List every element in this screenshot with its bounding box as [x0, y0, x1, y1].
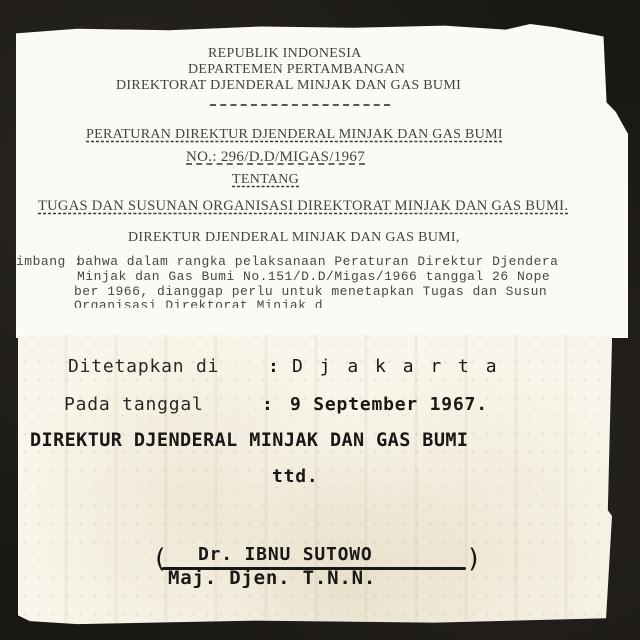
regulation-tentang: TENTANG	[232, 172, 299, 188]
signed-mark: ttd.	[272, 466, 319, 487]
considering-line-2: Minjak dan Gas Bumi No.151/D.D/Migas/196…	[77, 269, 550, 284]
regulation-subject: TUGAS DAN SUSUNAN ORGANISASI DIREKTORAT …	[38, 198, 568, 215]
considering-line-1: bahwa dalam rangka pelaksanaan Peraturan…	[77, 254, 558, 269]
regulation-title: PERATURAN DIREKTUR DJENDERAL MINJAK DAN …	[86, 127, 503, 143]
place-label: Ditetapkan di	[68, 356, 219, 377]
date-label: Pada tanggal	[64, 394, 204, 415]
date-value: 9 September 1967.	[290, 394, 488, 415]
place-value: D j a k a r t a	[292, 356, 500, 377]
regulation-number: NO.: 296/D.D/MIGAS/1967	[186, 149, 365, 166]
header-country: REPUBLIK INDONESIA	[208, 46, 362, 62]
header-department: DEPARTEMEN PERTAMBANGAN	[188, 62, 405, 78]
date-separator: :	[262, 394, 274, 415]
header-directorate: DIREKTORAT DJENDERAL MINJAK DAN GAS BUMI	[116, 78, 461, 94]
signatory-title: DIREKTUR DJENDERAL MINJAK DAN GAS BUMI	[30, 430, 468, 451]
signatory-rank: Maj. Djen. T.N.N.	[168, 567, 376, 589]
header-divider	[210, 104, 390, 106]
signatory-name: Dr. IBNU SUTOWO	[198, 544, 373, 565]
signature-close-paren: )	[466, 544, 482, 574]
place-separator: :	[268, 356, 280, 377]
regulation-issuer: DIREKTUR DJENDERAL MINJAK DAN GAS BUMI,	[128, 230, 460, 246]
considering-line-3: ber 1966, dianggap perlu untuk menetapka…	[74, 284, 547, 299]
considering-label: imbang :	[16, 254, 82, 269]
